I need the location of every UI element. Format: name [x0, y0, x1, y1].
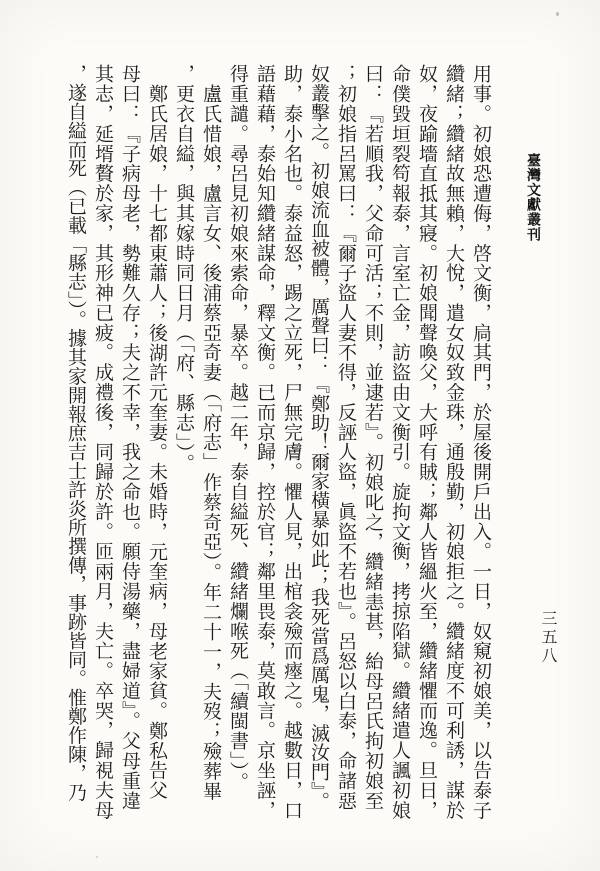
- text-column: 其志，延壻贅於家，其形神已疲。成禮後，同歸於許。匝兩月，夫亡。卒哭，歸視夫母: [89, 64, 116, 824]
- scanned-page: 臺灣文獻叢刊 三五八 用事。初娘恐遭侮，啓文衡，扃其門，於屋後開戶出入。一日，奴…: [0, 0, 600, 871]
- page-number: 三五八: [537, 610, 560, 666]
- text-column: 奴，夜踰墻直抵其寢。初娘聞聲喚父，大呼有賊；鄰人皆縕火至，纘緒懼而逸。旦日，: [413, 64, 440, 824]
- scan-speck: [96, 856, 98, 858]
- text-column: 奴叢擊之。初娘流血被體，厲聲曰：『鄭助！爾家橫暴如此；我死當爲厲鬼，滅汝門』。: [305, 64, 332, 824]
- text-column: 曰：『若順我，父命可活；不則，並逮若』。初娘叱之，纘緒恚甚，紿母呂氏拘初娘至: [359, 64, 386, 824]
- text-column: 盧氏惜娘，盧言女、後浦蔡亞奇妻（「府志」作蔡奇亞）。年二十一，夫歿；殮葬畢: [197, 64, 224, 824]
- text-column: 母曰：『子病母老，勢難久存；夫之不幸，我之命也。願侍湯藥，盡婦道』。父母重違: [116, 64, 143, 824]
- text-column: ，遂自縊而死（已載「縣志」）。據其家開報庶吉士許炎所撰傳，事跡皆同。惟鄭作陳，乃: [62, 64, 89, 824]
- text-column: 得重譴。尋呂見初娘來索命，暴卒。越二年，泰自縊死、纘緒爛喉死（「續閩書」）。: [224, 64, 251, 824]
- text-column: 命僕毀垣裂笱報泰，言室亡金，訪盜由文衡引。旋拘文衡，拷掠陷獄。纘緒遣人諷初娘: [386, 64, 413, 824]
- text-column: 鄭氏居娘，十七都東蕭人；後湖許元奎妻。未婚時，元奎病，母老家貧。鄭私告父: [143, 64, 170, 824]
- text-column: 語藉藉，泰始知纘緒謀命，釋文衡。已而京歸，控於官；鄰里畏泰，莫敢言。京坐誣，: [251, 64, 278, 824]
- text-block: 用事。初娘恐遭侮，啓文衡，扃其門，於屋後開戶出入。一日，奴窺初娘美，以告泰子 纘…: [61, 64, 494, 824]
- text-column: 纘緒；纘緒故無賴，大悅，遣女奴致金珠，通殷勤，初娘拒之。纘緒度不可利誘，謀於: [440, 64, 467, 824]
- text-column: 助，泰小名也。泰益怒，踢之立死，尸無完膚。懼人見，出棺衾殮而瘞之。越數日，口: [278, 64, 305, 824]
- text-column: ；初娘指呂罵曰：『爾子盜人妻不得，反誣人盜，眞盜不若也』。呂怒以白泰，命諸惡: [332, 64, 359, 824]
- series-title: 臺灣文獻叢刊: [523, 153, 543, 242]
- text-column: 用事。初娘恐遭侮，啓文衡，扃其門，於屋後開戶出入。一日，奴窺初娘美，以告泰子: [467, 64, 494, 824]
- text-column: ，更衣自縊，與其嫁時同日月（「府、縣志」）。: [170, 64, 197, 824]
- scan-speck: [556, 12, 559, 16]
